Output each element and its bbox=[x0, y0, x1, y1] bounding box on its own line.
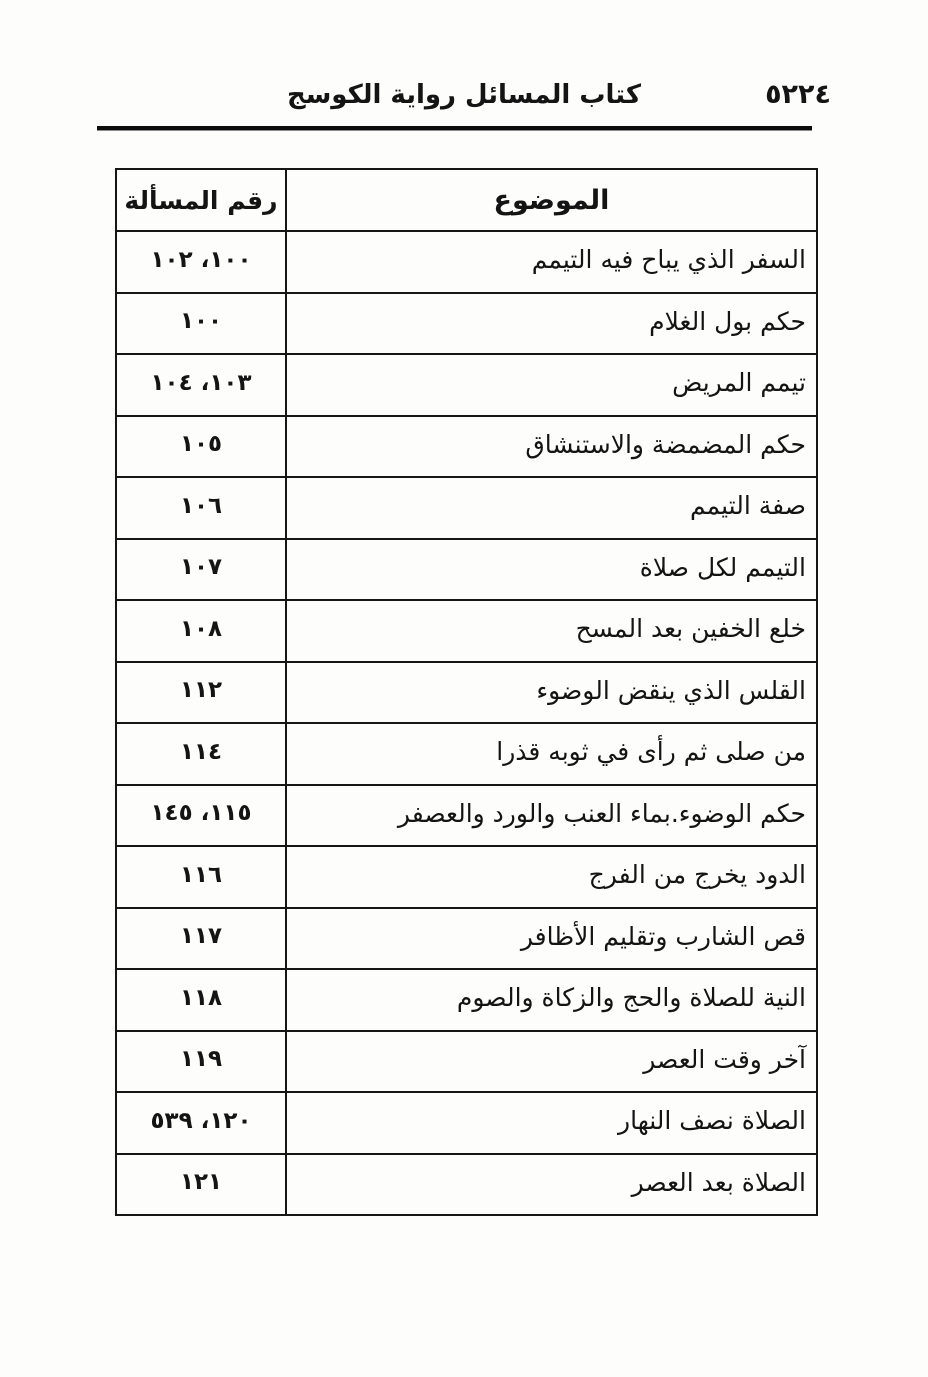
number-cell: ١١٦ bbox=[116, 846, 286, 908]
topic-cell: التيمم لكل صلاة bbox=[286, 539, 817, 601]
topic-cell: حكم المضمضة والاستنشاق bbox=[286, 416, 817, 478]
topic-cell: القلس الذي ينقض الوضوء bbox=[286, 662, 817, 724]
page-header: ٥٢٢٤ كتاب المسائل رواية الكوسج bbox=[0, 0, 928, 140]
number-cell: ١٠٠ bbox=[116, 293, 286, 355]
table-body: السفر الذي يباح فيه التيمم١٠٠، ١٠٢حكم بو… bbox=[116, 231, 817, 1215]
topic-cell: من صلى ثم رأى في ثوبه قذرا bbox=[286, 723, 817, 785]
header-rule-divider bbox=[97, 126, 812, 131]
topic-cell: الصلاة نصف النهار bbox=[286, 1092, 817, 1154]
number-cell: ١١٤ bbox=[116, 723, 286, 785]
topic-cell: الدود يخرج من الفرج bbox=[286, 846, 817, 908]
number-cell: ١١٧ bbox=[116, 908, 286, 970]
table-row: حكم بول الغلام١٠٠ bbox=[116, 293, 817, 355]
number-cell: ١٠٧ bbox=[116, 539, 286, 601]
table-row: النية للصلاة والحج والزكاة والصوم١١٨ bbox=[116, 969, 817, 1031]
table-row: التيمم لكل صلاة١٠٧ bbox=[116, 539, 817, 601]
table-row: تيمم المريض١٠٣، ١٠٤ bbox=[116, 354, 817, 416]
col-header-topic: الموضوع bbox=[286, 169, 817, 231]
topic-cell: خلع الخفين بعد المسح bbox=[286, 600, 817, 662]
contents-table: الموضوع رقم المسألة السفر الذي يباح فيه … bbox=[115, 168, 818, 1216]
table-row: آخر وقت العصر١١٩ bbox=[116, 1031, 817, 1093]
number-cell: ١٠٥ bbox=[116, 416, 286, 478]
topic-cell: الصلاة بعد العصر bbox=[286, 1154, 817, 1216]
topic-cell: حكم بول الغلام bbox=[286, 293, 817, 355]
topic-cell: النية للصلاة والحج والزكاة والصوم bbox=[286, 969, 817, 1031]
number-cell: ١٢٠، ٥٣٩ bbox=[116, 1092, 286, 1154]
number-cell: ١٠٣، ١٠٤ bbox=[116, 354, 286, 416]
col-header-number: رقم المسألة bbox=[116, 169, 286, 231]
table-row: السفر الذي يباح فيه التيمم١٠٠، ١٠٢ bbox=[116, 231, 817, 293]
table-row: الصلاة بعد العصر١٢١ bbox=[116, 1154, 817, 1216]
topic-cell: قص الشارب وتقليم الأظافر bbox=[286, 908, 817, 970]
number-cell: ١١٩ bbox=[116, 1031, 286, 1093]
topic-cell: السفر الذي يباح فيه التيمم bbox=[286, 231, 817, 293]
topic-cell: حكم الوضوء.بماء العنب والورد والعصفر bbox=[286, 785, 817, 847]
table-row: الصلاة نصف النهار١٢٠، ٥٣٩ bbox=[116, 1092, 817, 1154]
table-row: من صلى ثم رأى في ثوبه قذرا١١٤ bbox=[116, 723, 817, 785]
book-title: كتاب المسائل رواية الكوسج bbox=[0, 80, 928, 110]
table-row: الدود يخرج من الفرج١١٦ bbox=[116, 846, 817, 908]
table-header-row: الموضوع رقم المسألة bbox=[116, 169, 817, 231]
table-row: القلس الذي ينقض الوضوء١١٢ bbox=[116, 662, 817, 724]
number-cell: ١٠٦ bbox=[116, 477, 286, 539]
topic-cell: تيمم المريض bbox=[286, 354, 817, 416]
table-row: صفة التيمم١٠٦ bbox=[116, 477, 817, 539]
topic-cell: آخر وقت العصر bbox=[286, 1031, 817, 1093]
table-row: قص الشارب وتقليم الأظافر١١٧ bbox=[116, 908, 817, 970]
number-cell: ١١٢ bbox=[116, 662, 286, 724]
table-row: حكم المضمضة والاستنشاق١٠٥ bbox=[116, 416, 817, 478]
number-cell: ١٠٨ bbox=[116, 600, 286, 662]
table-row: خلع الخفين بعد المسح١٠٨ bbox=[116, 600, 817, 662]
number-cell: ١١٨ bbox=[116, 969, 286, 1031]
topic-cell: صفة التيمم bbox=[286, 477, 817, 539]
number-cell: ١٢١ bbox=[116, 1154, 286, 1216]
table-row: حكم الوضوء.بماء العنب والورد والعصفر١١٥،… bbox=[116, 785, 817, 847]
book-page: ٥٢٢٤ كتاب المسائل رواية الكوسج الموضوع ر… bbox=[0, 0, 928, 1377]
number-cell: ١٠٠، ١٠٢ bbox=[116, 231, 286, 293]
number-cell: ١١٥، ١٤٥ bbox=[116, 785, 286, 847]
